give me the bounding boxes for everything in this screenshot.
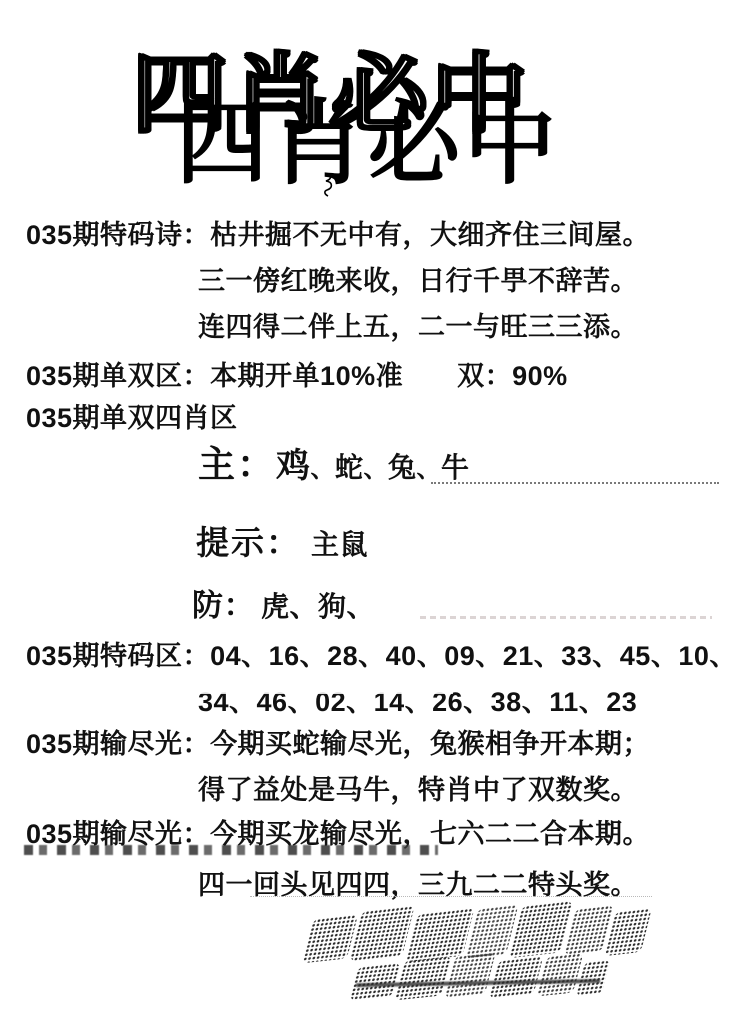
masthead: 四肖必中 四肖必中: [128, 46, 608, 201]
page-title: 四肖必中: [176, 98, 560, 190]
poem-label: 035期特码诗：: [26, 220, 210, 250]
sixiao-header: 035期单双四肖区: [26, 403, 238, 434]
odd-text: 本期开单10%准: [210, 361, 403, 391]
zodiac-rabbit: 兔: [388, 452, 417, 483]
zodiac-ox: 牛: [441, 452, 470, 483]
shujinguang1-line-1: 035期输尽光：今期买蛇输尽光，兔猴相争开本期；: [26, 729, 650, 760]
main-label: 主：: [198, 444, 276, 485]
shujinguang1-line-2: 得了益处是马牛，特肖中了双数奖。: [198, 775, 638, 806]
scan-clip-artifact: [195, 686, 453, 694]
tema-line-1: 035期特码区：04、16、28、40、09、21、33、45、10、22、: [26, 641, 729, 672]
odd-even-label: 035期单双区：: [26, 361, 210, 391]
ink-squiggle-mark: [320, 172, 338, 198]
hint-line: 提示：主鼠: [196, 524, 368, 562]
poem-text-1: 枯井掘不无中有，大细齐住三间屋。: [210, 220, 650, 250]
shujinguang1-text-1: 今期买蛇输尽光，兔猴相争开本期；: [210, 729, 650, 759]
poem-line-3: 连四得二伴上五，二一与旺三三添。: [198, 312, 638, 343]
separator: 、: [311, 456, 336, 483]
poem-text-2: 三一傍红晚来收，日行千甼不辞苦。: [198, 266, 638, 296]
faint-dotted-line: [250, 896, 652, 897]
tema-numbers-1: 04、16、28、40、09、21、33、45、10、22、: [210, 641, 729, 671]
dotted-underline: [431, 482, 719, 484]
poem-line-1: 035期特码诗：枯井掘不无中有，大细齐住三间屋。: [26, 220, 650, 251]
separator: 、: [417, 456, 442, 483]
guard-label: 防：: [192, 588, 255, 623]
main-zodiac-line: 主：鸡、蛇、兔、牛: [198, 444, 470, 487]
faint-scan-artifact-line: [420, 616, 712, 619]
shujinguang1-label: 035期输尽光：: [26, 729, 210, 759]
ghost-print-artifact: [24, 845, 438, 855]
poem-line-2: 三一傍红晚来收，日行千甼不辞苦。: [198, 266, 638, 297]
odd-even-line: 035期单双区：本期开单10%准双：90%: [26, 361, 568, 392]
hint-value: 主鼠: [301, 529, 368, 560]
separator: 、: [364, 456, 389, 483]
sixiao-header-text: 035期单双四肖区: [26, 403, 238, 433]
guard-value: 虎、狗、: [255, 591, 375, 622]
zodiac-rooster: 鸡: [276, 447, 311, 485]
tema-label: 035期特码区：: [26, 641, 210, 671]
even-text: 双：90%: [403, 361, 568, 391]
poem-text-3: 连四得二伴上五，二一与旺三三添。: [198, 312, 638, 342]
guard-line: 防：虎、狗、: [192, 588, 375, 624]
smudged-stamp-row-2: [352, 949, 611, 1003]
hint-label: 提示：: [196, 524, 301, 561]
scanned-lottery-flyer: 四肖必中 四肖必中 035期特码诗：枯井掘不无中有，大细齐住三间屋。 三一傍红晚…: [0, 0, 729, 1024]
zodiac-snake: 蛇: [335, 452, 364, 483]
shujinguang1-text-2: 得了益处是马牛，特肖中了双数奖。: [198, 775, 638, 805]
